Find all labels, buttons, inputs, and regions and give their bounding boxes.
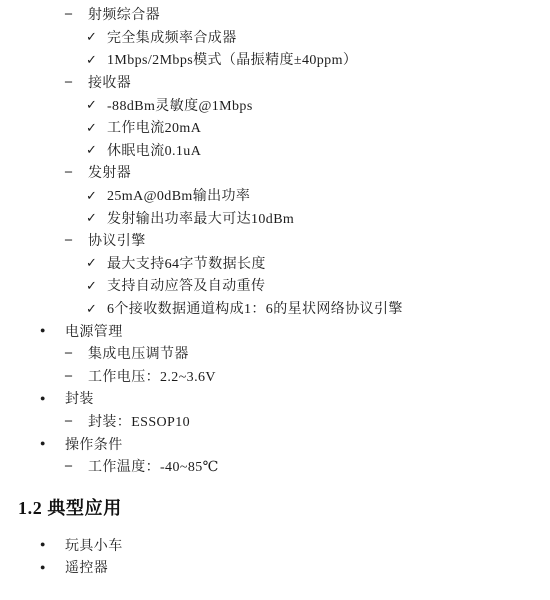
- list-item-text: 遥控器: [65, 557, 108, 577]
- bullet-marker-icon: ●: [40, 540, 65, 549]
- list-item: ✓1Mbps/2Mbps模式（晶振精度±40ppm）: [0, 48, 550, 71]
- list-item-text: 发射输出功率最大可达10dBm: [107, 208, 294, 228]
- list-item-text: 玩具小车: [65, 535, 123, 555]
- list-item-text: 支持自动应答及自动重传: [107, 275, 265, 295]
- list-item-text: 电源管理: [65, 321, 123, 341]
- list-item-text: 射频综合器: [88, 4, 160, 24]
- list-item-text: 6个接收数据通道构成1：6的星状网络协议引擎: [107, 298, 403, 318]
- list-item-text: 工作电压：2.2~3.6V: [88, 366, 216, 386]
- list-item: –协议引擎: [0, 229, 550, 252]
- list-item: –接收器: [0, 71, 550, 94]
- list-item-text: 休眠电流0.1uA: [107, 140, 201, 160]
- list-item: ✓休眠电流0.1uA: [0, 139, 550, 162]
- list-item: ✓25mA@0dBm输出功率: [0, 184, 550, 207]
- list-item: –工作电压：2.2~3.6V: [0, 365, 550, 388]
- list-item: ✓发射输出功率最大可达10dBm: [0, 206, 550, 229]
- dash-marker-icon: –: [65, 75, 88, 89]
- check-marker-icon: ✓: [86, 211, 107, 224]
- list-item: –集成电压调节器: [0, 342, 550, 365]
- list-item-text: 接收器: [88, 72, 131, 92]
- dash-marker-icon: –: [65, 233, 88, 247]
- check-marker-icon: ✓: [86, 98, 107, 111]
- list-item: ●遥控器: [0, 556, 550, 579]
- list-item-text: 集成电压调节器: [88, 343, 189, 363]
- features-list: –射频综合器✓完全集成频率合成器✓1Mbps/2Mbps模式（晶振精度±40pp…: [0, 3, 550, 477]
- check-marker-icon: ✓: [86, 189, 107, 202]
- list-item: –射频综合器: [0, 3, 550, 26]
- list-item: ●封装: [0, 387, 550, 410]
- list-item: ✓支持自动应答及自动重传: [0, 274, 550, 297]
- list-item-text: 协议引擎: [88, 230, 146, 250]
- list-item: –封装：ESSOP10: [0, 410, 550, 433]
- list-item-text: 封装：ESSOP10: [88, 411, 190, 431]
- list-item-text: 工作电流20mA: [107, 117, 201, 137]
- list-item-text: 发射器: [88, 162, 131, 182]
- bullet-marker-icon: ●: [40, 326, 65, 335]
- list-item: ✓-88dBm灵敏度@1Mbps: [0, 93, 550, 116]
- dash-marker-icon: –: [65, 369, 88, 383]
- bullet-marker-icon: ●: [40, 563, 65, 572]
- dash-marker-icon: –: [65, 459, 88, 473]
- list-item: –发射器: [0, 161, 550, 184]
- section-heading: 1.2 典型应用: [18, 494, 550, 520]
- check-marker-icon: ✓: [86, 279, 107, 292]
- bullet-marker-icon: ●: [40, 394, 65, 403]
- document-page: –射频综合器✓完全集成频率合成器✓1Mbps/2Mbps模式（晶振精度±40pp…: [0, 0, 550, 600]
- list-item-text: -88dBm灵敏度@1Mbps: [107, 95, 253, 115]
- check-marker-icon: ✓: [86, 302, 107, 315]
- applications-list: ●玩具小车●遥控器: [0, 533, 550, 578]
- list-item: ✓工作电流20mA: [0, 116, 550, 139]
- list-item-text: 工作温度：-40~85℃: [88, 456, 219, 476]
- list-item-text: 最大支持64字节数据长度: [107, 253, 266, 273]
- check-marker-icon: ✓: [86, 256, 107, 269]
- list-item: ●操作条件: [0, 432, 550, 455]
- bullet-marker-icon: ●: [40, 439, 65, 448]
- dash-marker-icon: –: [65, 414, 88, 428]
- list-item: ✓最大支持64字节数据长度: [0, 252, 550, 275]
- list-item: ✓完全集成频率合成器: [0, 26, 550, 49]
- check-marker-icon: ✓: [86, 121, 107, 134]
- list-item-text: 封装: [65, 388, 94, 408]
- dash-marker-icon: –: [65, 7, 88, 21]
- list-item: –工作温度：-40~85℃: [0, 455, 550, 478]
- list-item-text: 25mA@0dBm输出功率: [107, 185, 250, 205]
- list-item: ●电源管理: [0, 319, 550, 342]
- check-marker-icon: ✓: [86, 143, 107, 156]
- list-item-text: 操作条件: [65, 434, 123, 454]
- list-item-text: 1Mbps/2Mbps模式（晶振精度±40ppm）: [107, 49, 357, 69]
- list-item: ✓6个接收数据通道构成1：6的星状网络协议引擎: [0, 297, 550, 320]
- list-item-text: 完全集成频率合成器: [107, 27, 237, 47]
- check-marker-icon: ✓: [86, 30, 107, 43]
- dash-marker-icon: –: [65, 346, 88, 360]
- dash-marker-icon: –: [65, 165, 88, 179]
- list-item: ●玩具小车: [0, 533, 550, 556]
- check-marker-icon: ✓: [86, 53, 107, 66]
